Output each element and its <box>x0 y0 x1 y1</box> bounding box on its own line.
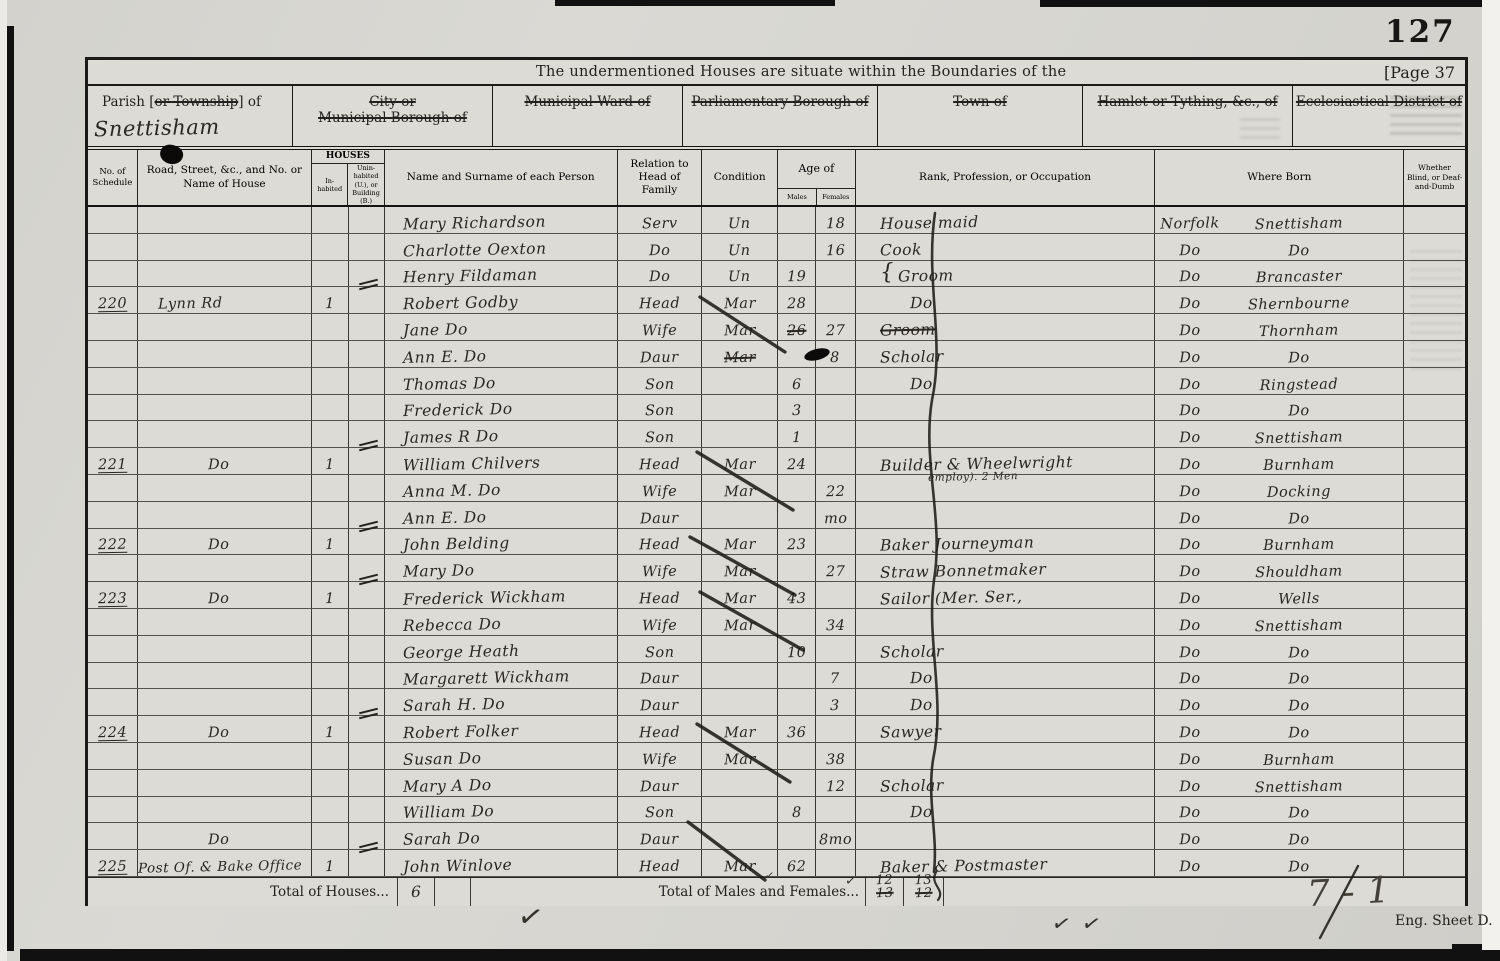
census-rows: Mary RichardsonServUn18House maidNorfolk… <box>88 207 1465 877</box>
relation-value: Wife <box>642 323 678 340</box>
occupation-value: Baker Journeyman <box>879 534 1034 555</box>
cell-age-female <box>816 368 856 394</box>
totals-spacer <box>435 878 471 906</box>
born-county: Do <box>1155 617 1225 634</box>
census-row: Susan DoWifeMar38DoBurnham <box>88 743 1465 770</box>
cell-where-born: DoRingstead <box>1155 368 1404 394</box>
born-county: Do <box>1155 242 1225 259</box>
brace-mark: { <box>879 260 895 286</box>
cell-relation: Daur <box>618 663 703 689</box>
cell-road <box>138 555 312 581</box>
census-row: James R DoSon1DoSnettisham <box>88 421 1465 448</box>
cell-age-male: 28 <box>778 287 816 313</box>
cell-name: Susan Do <box>385 743 618 769</box>
cell-uninhabited <box>349 850 385 876</box>
relation-value: Son <box>645 430 675 447</box>
cell-schedule <box>88 663 138 689</box>
cell-age-female <box>816 529 856 555</box>
household-tick-mark <box>359 280 379 290</box>
relation-value: Daur <box>640 671 679 688</box>
scan-edge-artifact <box>20 949 1500 961</box>
cell-condition: Mar <box>702 609 778 635</box>
relation-value: Head <box>639 457 680 474</box>
person-name: Sarah H. Do <box>403 695 505 715</box>
cell-where-born: DoShernbourne <box>1155 287 1404 313</box>
cell-condition: Mar <box>702 448 778 474</box>
cell-age-male: 3 <box>778 395 816 421</box>
cell-age-male: 8 <box>778 797 816 823</box>
cell-where-born: DoDo <box>1155 823 1404 849</box>
born-place: Do <box>1225 830 1403 850</box>
cell-road <box>138 502 312 528</box>
cell-age-female <box>816 261 856 287</box>
born-place: Do <box>1225 696 1403 716</box>
cell-schedule <box>88 689 138 715</box>
cell-relation: Head <box>618 850 703 876</box>
person-name: George Heath <box>403 641 520 661</box>
cell-uninhabited <box>349 743 385 769</box>
cell-relation: Daur <box>618 502 703 528</box>
condition-value: Mar <box>724 859 756 876</box>
relation-value: Wife <box>642 751 678 768</box>
inhabited-value: 1 <box>325 537 335 553</box>
cell-age-male: 62 <box>778 850 816 876</box>
cell-blind-deaf <box>1404 502 1465 528</box>
age-male-value: 43 <box>787 591 807 607</box>
born-place: Ringstead <box>1225 375 1403 395</box>
cell-inhabited: 1 <box>312 529 349 555</box>
cell-occupation <box>856 609 1156 635</box>
cell-condition: Mar <box>702 314 778 340</box>
age-female-value: 27 <box>825 323 845 339</box>
cell-road <box>138 421 312 447</box>
born-county: Do <box>1155 510 1225 527</box>
cell-occupation <box>856 421 1156 447</box>
born-place: Do <box>1225 643 1403 663</box>
person-name: William Do <box>403 802 494 822</box>
cell-name: Charlotte Oexton <box>385 234 618 260</box>
cell-age-male: 10 <box>778 636 816 662</box>
cell-relation: Son <box>618 368 703 394</box>
born-county: Do <box>1155 376 1225 393</box>
occupation-value: Do <box>909 669 932 687</box>
cell-where-born: DoDo <box>1155 663 1404 689</box>
person-name: Mary Richardson <box>403 212 546 233</box>
cell-uninhabited <box>349 636 385 662</box>
cell-relation: Daur <box>618 770 703 796</box>
born-place: Wells <box>1225 589 1403 609</box>
cell-blind-deaf <box>1404 448 1465 474</box>
cell-occupation <box>856 395 1156 421</box>
cell-uninhabited <box>349 529 385 555</box>
street-value: Do <box>208 457 230 473</box>
cell-occupation <box>856 823 1156 849</box>
cell-condition: Un <box>702 261 778 287</box>
census-row: Frederick DoSon3DoDo <box>88 395 1465 422</box>
parish-cell: Parish [or Township] of Snettisham <box>88 86 293 146</box>
cell-schedule <box>88 636 138 662</box>
born-county: Do <box>1155 322 1225 339</box>
born-place: Do <box>1225 669 1403 689</box>
occupation-value: Cook <box>879 240 921 259</box>
age-title: Age of <box>778 150 855 188</box>
cell-uninhabited <box>349 770 385 796</box>
cell-relation: Serv <box>618 207 703 233</box>
cell-name: Frederick Do <box>385 395 618 421</box>
cell-relation: Head <box>618 716 703 742</box>
census-row: Ann E. DoDaurmoDoDo <box>88 502 1465 529</box>
cell-blind-deaf <box>1404 395 1465 421</box>
cell-blind-deaf <box>1404 636 1465 662</box>
scanned-census-page: 127 The undermentioned Houses are situat… <box>0 0 1500 961</box>
cell-age-female <box>816 850 856 876</box>
census-row: 224Do1Robert FolkerHeadMar36SawyerDoDo <box>88 716 1465 743</box>
age-female-value: 34 <box>825 618 845 634</box>
born-county: Do <box>1155 590 1225 607</box>
cell-occupation: Do <box>856 797 1156 823</box>
cell-road <box>138 663 312 689</box>
cell-where-born: DoBurnham <box>1155 743 1404 769</box>
cell-name: John Belding <box>385 529 618 555</box>
occupation-value: Scholar <box>879 347 943 366</box>
cell-road: Post Of. & Bake Office <box>138 850 312 876</box>
scan-edge-artifact <box>7 26 14 951</box>
cell-age-female <box>816 287 856 313</box>
condition-value: Un <box>728 242 751 258</box>
relation-value: Son <box>645 403 675 420</box>
born-county: Do <box>1155 349 1225 366</box>
relation-value: Son <box>645 805 675 822</box>
cell-name: Rebecca Do <box>385 609 618 635</box>
cell-occupation <box>856 502 1156 528</box>
person-name: Mary Do <box>403 561 475 580</box>
cell-relation: Head <box>618 448 703 474</box>
cell-condition: Mar <box>702 716 778 742</box>
born-place: Shernbourne <box>1225 294 1403 314</box>
relation-value: Son <box>645 644 675 661</box>
col-name: Name and Surname of each Person <box>385 150 618 205</box>
cell-relation: Do <box>618 234 703 260</box>
cell-where-born: DoDo <box>1155 797 1404 823</box>
cell-relation: Daur <box>618 823 703 849</box>
occupation-value: Baker & Postmaster <box>879 855 1047 876</box>
person-name: John Belding <box>403 534 510 554</box>
cell-where-born: DoDo <box>1155 341 1404 367</box>
cell-name: John Winlove <box>385 850 618 876</box>
relation-value: Serv <box>642 215 678 232</box>
cell-occupation: Do <box>856 663 1156 689</box>
cell-condition: Mar <box>702 287 778 313</box>
folio-number: 127 <box>1385 14 1456 50</box>
cell-where-born: DoBurnham <box>1155 448 1404 474</box>
born-county: Do <box>1155 563 1225 580</box>
cell-relation: Daur <box>618 689 703 715</box>
condition-value: Mar <box>724 725 756 742</box>
cell-road: Do <box>138 582 312 608</box>
schedule-number: 220 <box>98 296 128 313</box>
total-houses-value: 6 <box>398 878 435 906</box>
cell-relation: Head <box>618 529 703 555</box>
cell-age-male <box>778 502 816 528</box>
born-county: Do <box>1155 751 1225 768</box>
cell-road <box>138 261 312 287</box>
total-males-value: 1213 <box>866 878 904 906</box>
relation-value: Head <box>639 537 680 554</box>
census-row: Anna M. DoWifeMar22DoDocking <box>88 475 1465 502</box>
cell-condition <box>702 770 778 796</box>
age-male-value: 26 <box>787 323 807 339</box>
cell-schedule <box>88 261 138 287</box>
census-row: Mary DoWifeMar27Straw BonnetmakerDoShoul… <box>88 555 1465 582</box>
cell-relation: Wife <box>618 743 703 769</box>
cell-occupation: Baker & Postmaster <box>856 850 1156 876</box>
occupation-value: Do <box>909 803 932 821</box>
cell-age-female: 3 <box>816 689 856 715</box>
schedule-number: 223 <box>98 591 128 608</box>
bleed-through-smudge <box>1410 250 1462 370</box>
age-female-value: 3 <box>830 698 840 714</box>
total-females-value: 1312 <box>904 878 944 906</box>
municipal-ward-cell: Municipal Ward of <box>493 86 683 146</box>
cell-name: Jane Do <box>385 314 618 340</box>
relation-value: Wife <box>642 483 678 500</box>
census-row: DoSarah DoDaur8moDoDo <box>88 823 1465 850</box>
census-row: Thomas DoSon6DoDoRingstead <box>88 368 1465 395</box>
cell-road: Lynn Rd <box>138 287 312 313</box>
condition-value: Un <box>728 269 751 285</box>
cell-age-female <box>816 421 856 447</box>
cell-blind-deaf <box>1404 609 1465 635</box>
inhabited-value: 1 <box>325 296 335 312</box>
cell-relation: Wife <box>618 314 703 340</box>
born-place: Docking <box>1225 482 1403 502</box>
parliamentary-label: Parliamentary Borough of <box>691 94 868 110</box>
cell-inhabited: 1 <box>312 448 349 474</box>
cell-name: Robert Folker <box>385 716 618 742</box>
cell-age-male: 36 <box>778 716 816 742</box>
census-row: Mary RichardsonServUn18House maidNorfolk… <box>88 207 1465 234</box>
cell-where-born: DoDocking <box>1155 475 1404 501</box>
cell-condition: Un <box>702 234 778 260</box>
born-place: Shouldham <box>1225 562 1403 582</box>
born-county: Do <box>1155 537 1225 554</box>
cell-inhabited <box>312 689 349 715</box>
condition-value: Mar <box>724 483 756 500</box>
page-label: [Page 37 <box>1384 63 1455 82</box>
age-male-value: 3 <box>791 403 801 419</box>
condition-value: Mar <box>724 296 756 313</box>
cell-uninhabited <box>349 663 385 689</box>
condition-value: Un <box>728 216 751 232</box>
household-tick-mark <box>359 575 379 585</box>
inhabited-value: 1 <box>325 725 335 741</box>
cell-schedule <box>88 770 138 796</box>
born-place: Snettisham <box>1225 428 1403 448</box>
cell-name: Mary Richardson <box>385 207 618 233</box>
cell-road <box>138 341 312 367</box>
cell-where-born: DoBurnham <box>1155 529 1404 555</box>
schedule-number: 222 <box>98 537 128 554</box>
person-name: Thomas Do <box>403 374 496 394</box>
schedule-number: 224 <box>98 725 128 742</box>
occupation-value: Scholar <box>879 642 943 661</box>
born-county: Do <box>1155 671 1225 688</box>
cell-road <box>138 743 312 769</box>
census-row: Jane DoWifeMar2627GroomDoThornham <box>88 314 1465 341</box>
cell-age-male <box>778 234 816 260</box>
cell-name: Frederick Wickham <box>385 582 618 608</box>
cell-name: Sarah H. Do <box>385 689 618 715</box>
cell-occupation: Sawyer <box>856 716 1156 742</box>
cell-inhabited <box>312 555 349 581</box>
cell-schedule <box>88 314 138 340</box>
cell-name: James R Do <box>385 421 618 447</box>
sheet-label: Eng. Sheet D. <box>1395 913 1493 929</box>
census-row: Rebecca DoWifeMar34DoSnettisham <box>88 609 1465 636</box>
condition-value: Mar <box>724 591 756 608</box>
cell-where-born: DoThornham <box>1155 314 1404 340</box>
cell-road: Do <box>138 716 312 742</box>
born-county: Norfolk <box>1155 215 1225 232</box>
cell-relation: Do <box>618 261 703 287</box>
relation-value: Daur <box>640 778 679 795</box>
cell-where-born: DoWells <box>1155 582 1404 608</box>
cell-inhabited <box>312 823 349 849</box>
cell-age-female: 8 <box>816 341 856 367</box>
cell-inhabited <box>312 797 349 823</box>
census-row: 222Do1John BeldingHeadMar23Baker Journey… <box>88 529 1465 556</box>
cell-age-female: 8mo <box>816 823 856 849</box>
cell-uninhabited <box>349 234 385 260</box>
street-value: Do <box>208 591 230 607</box>
relation-value: Daur <box>640 510 679 527</box>
cell-age-male: 19 <box>778 261 816 287</box>
person-name: Sarah Do <box>403 829 481 849</box>
cell-relation: Son <box>618 421 703 447</box>
relation-value: Head <box>639 725 680 742</box>
cell-name: George Heath <box>385 636 618 662</box>
cell-schedule: 220 <box>88 287 138 313</box>
census-row: William DoSon8DoDoDo <box>88 797 1465 824</box>
age-female-value: 12 <box>825 778 845 794</box>
cell-name: Ann E. Do <box>385 341 618 367</box>
condition-value: Mar <box>724 349 756 366</box>
scan-edge-artifact <box>1040 0 1500 7</box>
cell-age-female <box>816 582 856 608</box>
occupation-value: Groom <box>879 320 935 339</box>
cell-where-born: DoDo <box>1155 234 1404 260</box>
cell-relation: Wife <box>618 555 703 581</box>
age-female-value: 8mo <box>818 832 852 849</box>
cell-schedule <box>88 823 138 849</box>
cell-schedule <box>88 207 138 233</box>
occupation-note: employ). 2 Men <box>928 470 1018 484</box>
household-tick-mark <box>359 441 379 451</box>
cell-blind-deaf <box>1404 582 1465 608</box>
person-name: James R Do <box>403 427 499 447</box>
col-inhabited: In-habited <box>312 164 348 205</box>
cell-relation: Wife <box>618 475 703 501</box>
occupation-value: Do <box>909 696 932 714</box>
cell-schedule: 221 <box>88 448 138 474</box>
cell-blind-deaf <box>1404 850 1465 876</box>
age-female-value: 22 <box>825 484 845 500</box>
cell-condition <box>702 689 778 715</box>
totals-row: Total of Houses... 6 Total of Males and … <box>88 877 1465 906</box>
cell-age-female: 7 <box>816 663 856 689</box>
age-female-value: 27 <box>825 564 845 580</box>
cell-age-female <box>816 636 856 662</box>
relation-value: Daur <box>640 698 679 715</box>
cell-uninhabited <box>349 287 385 313</box>
cell-condition <box>702 823 778 849</box>
check-mark-icon: ✓ <box>1049 910 1073 939</box>
census-row: Charlotte OextonDoUn16CookDoDo <box>88 234 1465 261</box>
cell-where-born: DoDo <box>1155 689 1404 715</box>
relation-value: Head <box>639 591 680 608</box>
cell-occupation: House maid <box>856 207 1156 233</box>
born-place: Snettisham <box>1225 616 1403 636</box>
cell-age-male: 23 <box>778 529 816 555</box>
person-name: Anna M. Do <box>403 481 501 501</box>
relation-value: Head <box>639 296 680 313</box>
relation-value: Daur <box>640 349 679 366</box>
cell-blind-deaf <box>1404 770 1465 796</box>
cell-relation: Son <box>618 395 703 421</box>
born-county: Do <box>1155 724 1225 741</box>
age-male-value: 62 <box>787 859 807 875</box>
cell-blind-deaf <box>1404 368 1465 394</box>
person-name: Rebecca Do <box>403 615 502 635</box>
cell-age-male: 26 <box>778 314 816 340</box>
cell-inhabited <box>312 261 349 287</box>
cell-age-female <box>816 395 856 421</box>
census-row: Mary A DoDaur12ScholarDoSnettisham <box>88 770 1465 797</box>
schedule-number: 225 <box>98 859 128 876</box>
cell-inhabited <box>312 743 349 769</box>
cell-road: Do <box>138 823 312 849</box>
cell-condition: Mar <box>702 743 778 769</box>
born-county: Do <box>1155 805 1225 822</box>
person-name: Jane Do <box>403 320 468 339</box>
relation-value: Wife <box>642 617 678 634</box>
cell-age-female: 12 <box>816 770 856 796</box>
person-name: Mary A Do <box>403 776 492 796</box>
cell-age-female: 27 <box>816 314 856 340</box>
cell-condition: Mar <box>702 582 778 608</box>
parish-label: Parish [or Township] of <box>102 94 261 110</box>
cell-uninhabited <box>349 368 385 394</box>
age-male-value: 6 <box>791 376 801 392</box>
cell-age-male <box>778 770 816 796</box>
cell-age-female: 38 <box>816 743 856 769</box>
relation-value: Do <box>649 269 671 285</box>
cell-road <box>138 207 312 233</box>
cell-age-male <box>778 555 816 581</box>
cell-where-born: DoDo <box>1155 716 1404 742</box>
cell-name: Anna M. Do <box>385 475 618 501</box>
cell-road <box>138 368 312 394</box>
cell-relation: Head <box>618 582 703 608</box>
col-age: Age of Males Females <box>778 150 856 205</box>
schedule-number: 221 <box>98 457 128 474</box>
age-male-value: 36 <box>787 725 807 741</box>
col-rank: Rank, Profession, or Occupation <box>856 150 1156 205</box>
cell-inhabited <box>312 475 349 501</box>
person-name: John Winlove <box>403 856 513 876</box>
born-place: Thornham <box>1225 321 1403 341</box>
cell-age-female: 27 <box>816 555 856 581</box>
